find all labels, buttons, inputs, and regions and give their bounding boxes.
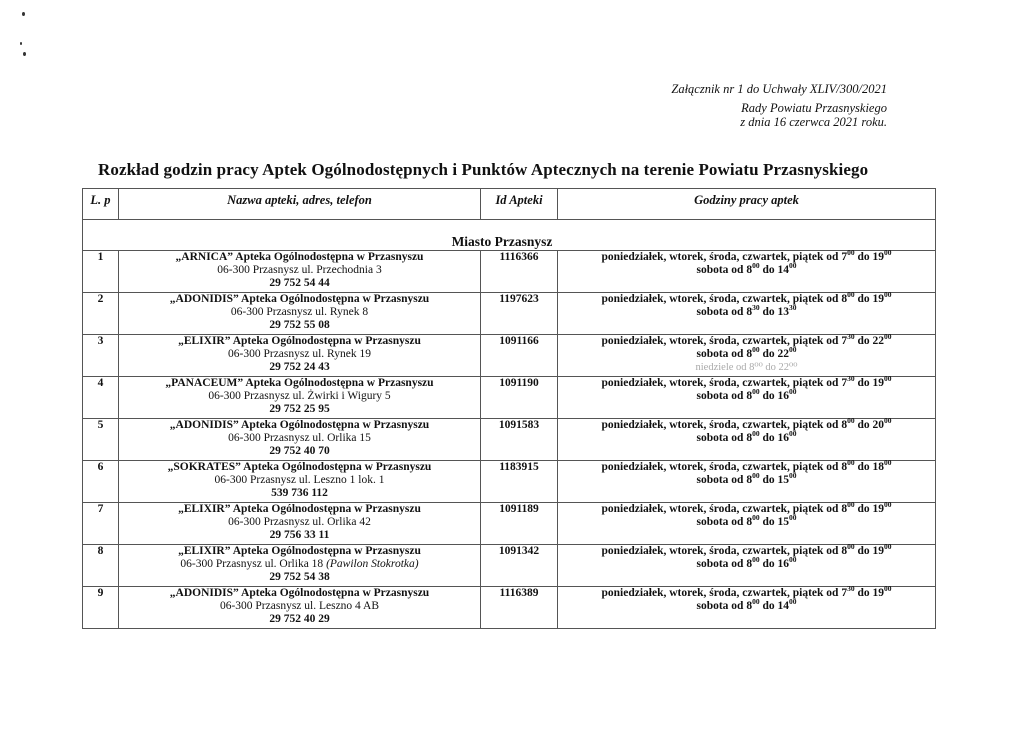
- address-text: 06-300 Przasnysz ul. Rynek 19: [228, 348, 371, 360]
- pharmacy-info: „ADONIDIS” Apteka Ogólnodostępna w Przas…: [119, 293, 481, 335]
- weekdays-to-minute: 00: [884, 458, 892, 467]
- saturday-to-hour: 13: [778, 306, 790, 318]
- connector: do: [760, 558, 778, 570]
- pharmacy-phone: 29 752 54 44: [119, 277, 480, 290]
- saturday-label: sobota od: [696, 348, 746, 360]
- opening-hours: poniedziałek, wtorek, środa, czwartek, p…: [558, 503, 936, 545]
- address-text: 06-300 Przasnysz ul. Orlika 18: [180, 558, 326, 570]
- weekday-hours: poniedziałek, wtorek, środa, czwartek, p…: [558, 503, 935, 516]
- weekdays-to-hour: 19: [872, 377, 884, 389]
- pharmacy-id: 1091583: [481, 419, 558, 461]
- weekday-hours: poniedziałek, wtorek, środa, czwartek, p…: [558, 419, 935, 432]
- sunday-hours: niedziele od 8⁰⁰ do 22⁰⁰: [558, 361, 935, 374]
- saturday-hours: sobota od 830 do 1330: [558, 306, 935, 319]
- pharmacy-address: 06-300 Przasnysz ul. Orlika 18 (Pawilon …: [119, 558, 480, 571]
- pharmacy-id: 1116389: [481, 587, 558, 629]
- saturday-hours: sobota od 800 do 1500: [558, 474, 935, 487]
- annex-line-3: z dnia 16 czerwca 2021 roku.: [671, 115, 887, 129]
- saturday-from-minute: 00: [752, 429, 760, 438]
- table-row: 5 „ADONIDIS” Apteka Ogólnodostępna w Prz…: [83, 419, 936, 461]
- weekdays-label: poniedziałek, wtorek, środa, czwartek, p…: [602, 251, 842, 263]
- saturday-hours: sobota od 800 do 2200: [558, 348, 935, 361]
- weekdays-from-minute: 30: [847, 584, 855, 593]
- weekdays-label: poniedziałek, wtorek, środa, czwartek, p…: [602, 503, 842, 515]
- row-number: 7: [83, 503, 119, 545]
- saturday-from-minute: 00: [752, 345, 760, 354]
- weekdays-from-minute: 00: [847, 416, 855, 425]
- saturday-label: sobota od: [696, 390, 746, 402]
- pharmacy-phone: 29 752 24 43: [119, 361, 480, 374]
- saturday-hours: sobota od 800 do 1400: [558, 600, 935, 613]
- weekdays-label: poniedziałek, wtorek, środa, czwartek, p…: [602, 545, 842, 557]
- pharmacy-name: „ELIXIR” Apteka Ogólnodostępna w Przasny…: [119, 545, 480, 558]
- weekdays-from-minute: 00: [847, 500, 855, 509]
- pharmacy-address: 06-300 Przasnysz ul. Żwirki i Wigury 5: [119, 390, 480, 403]
- weekday-hours: poniedziałek, wtorek, środa, czwartek, p…: [558, 587, 935, 600]
- saturday-to-minute: 30: [789, 303, 797, 312]
- table-header-row: L. p Nazwa apteki, adres, telefon Id Apt…: [83, 189, 936, 220]
- pharmacy-name: „SOKRATES” Apteka Ogólnodostępna w Przas…: [119, 461, 480, 474]
- section-label: Miasto Przasnysz: [452, 234, 553, 250]
- row-number: 4: [83, 377, 119, 419]
- table-row: 8 „ELIXIR” Apteka Ogólnodostępna w Przas…: [83, 545, 936, 587]
- header-hours: Godziny pracy aptek: [558, 189, 936, 220]
- pharmacy-id: 1183915: [481, 461, 558, 503]
- saturday-from-minute: 30: [752, 303, 760, 312]
- scan-artifacts: [18, 12, 30, 62]
- connector: do: [855, 503, 873, 515]
- pharmacy-address: 06-300 Przasnysz ul. Leszno 4 AB: [119, 600, 480, 613]
- weekday-hours: poniedziałek, wtorek, środa, czwartek, p…: [558, 335, 935, 348]
- connector: do: [855, 461, 873, 473]
- opening-hours: poniedziałek, wtorek, środa, czwartek, p…: [558, 461, 936, 503]
- pharmacy-phone: 29 752 25 95: [119, 403, 480, 416]
- header-lp: L. p: [83, 189, 119, 220]
- saturday-to-minute: 00: [789, 513, 797, 522]
- address-text: 06-300 Przasnysz ul. Rynek 8: [231, 306, 368, 318]
- pharmacy-hours-table: L. p Nazwa apteki, adres, telefon Id Apt…: [82, 188, 936, 629]
- address-note: (Pawilon Stokrotka): [326, 558, 419, 570]
- pharmacy-phone: 29 752 40 29: [119, 613, 480, 626]
- pharmacy-name: „ADONIDIS” Apteka Ogólnodostępna w Przas…: [119, 419, 480, 432]
- opening-hours: poniedziałek, wtorek, środa, czwartek, p…: [558, 251, 936, 293]
- saturday-label: sobota od: [696, 558, 746, 570]
- document-title: Rozkład godzin pracy Aptek Ogólnodostępn…: [98, 160, 868, 180]
- weekdays-to-hour: 19: [872, 251, 884, 263]
- table-row: 4 „PANACEUM” Apteka Ogólnodostępna w Prz…: [83, 377, 936, 419]
- table-row: 9 „ADONIDIS” Apteka Ogólnodostępna w Prz…: [83, 587, 936, 629]
- pharmacy-info: „ELIXIR” Apteka Ogólnodostępna w Przasny…: [119, 335, 481, 377]
- row-number: 3: [83, 335, 119, 377]
- section-title: Miasto Przasnysz: [83, 220, 936, 251]
- address-text: 06-300 Przasnysz ul. Leszno 1 lok. 1: [215, 474, 385, 486]
- weekdays-to-hour: 19: [872, 293, 884, 305]
- opening-hours: poniedziałek, wtorek, środa, czwartek, p…: [558, 377, 936, 419]
- weekdays-to-hour: 18: [872, 461, 884, 473]
- pharmacy-address: 06-300 Przasnysz ul. Przechodnia 3: [119, 264, 480, 277]
- pharmacy-id: 1091189: [481, 503, 558, 545]
- saturday-to-minute: 00: [789, 429, 797, 438]
- pharmacy-id: 1116366: [481, 251, 558, 293]
- pharmacy-info: „ADONIDIS” Apteka Ogólnodostępna w Przas…: [119, 419, 481, 461]
- weekdays-to-hour: 19: [872, 587, 884, 599]
- weekdays-from-minute: 30: [847, 374, 855, 383]
- connector: do: [855, 545, 873, 557]
- saturday-to-minute: 00: [789, 555, 797, 564]
- saturday-to-minute: 00: [789, 597, 797, 606]
- pharmacy-name: „ELIXIR” Apteka Ogólnodostępna w Przasny…: [119, 503, 480, 516]
- pharmacy-info: „ARNICA” Apteka Ogólnodostępna w Przasny…: [119, 251, 481, 293]
- connector: do: [760, 600, 778, 612]
- pharmacy-name: „ADONIDIS” Apteka Ogólnodostępna w Przas…: [119, 293, 480, 306]
- weekdays-to-hour: 20: [872, 419, 884, 431]
- annex-line-2: Rady Powiatu Przasnyskiego: [671, 101, 887, 115]
- saturday-hours: sobota od 800 do 1500: [558, 516, 935, 529]
- weekdays-from-minute: 00: [847, 458, 855, 467]
- pharmacy-phone: 29 756 33 11: [119, 529, 480, 542]
- saturday-label: sobota od: [696, 306, 746, 318]
- header-id: Id Apteki: [481, 189, 558, 220]
- connector: do: [760, 306, 778, 318]
- pharmacy-phone: 29 752 55 08: [119, 319, 480, 332]
- saturday-label: sobota od: [696, 516, 746, 528]
- saturday-to-minute: 00: [789, 471, 797, 480]
- saturday-to-minute: 00: [789, 345, 797, 354]
- pharmacy-info: „ADONIDIS” Apteka Ogólnodostępna w Przas…: [119, 587, 481, 629]
- pharmacy-address: 06-300 Przasnysz ul. Leszno 1 lok. 1: [119, 474, 480, 487]
- table-row: 7 „ELIXIR” Apteka Ogólnodostępna w Przas…: [83, 503, 936, 545]
- address-text: 06-300 Przasnysz ul. Leszno 4 AB: [220, 600, 379, 612]
- connector: do: [855, 251, 873, 263]
- opening-hours: poniedziałek, wtorek, środa, czwartek, p…: [558, 335, 936, 377]
- saturday-to-hour: 22: [778, 348, 790, 360]
- weekdays-to-hour: 19: [872, 503, 884, 515]
- connector: do: [760, 264, 778, 276]
- pharmacy-info: „ELIXIR” Apteka Ogólnodostępna w Przasny…: [119, 545, 481, 587]
- weekdays-label: poniedziałek, wtorek, środa, czwartek, p…: [602, 377, 842, 389]
- weekdays-label: poniedziałek, wtorek, środa, czwartek, p…: [602, 293, 842, 305]
- pharmacy-id: 1197623: [481, 293, 558, 335]
- weekdays-to-hour: 19: [872, 545, 884, 557]
- weekdays-to-minute: 00: [884, 248, 892, 257]
- weekdays-to-minute: 00: [884, 542, 892, 551]
- pharmacy-phone: 29 752 40 70: [119, 445, 480, 458]
- saturday-hours: sobota od 800 do 1400: [558, 264, 935, 277]
- saturday-from-minute: 00: [752, 471, 760, 480]
- pharmacy-id: 1091342: [481, 545, 558, 587]
- weekdays-to-minute: 00: [884, 290, 892, 299]
- weekdays-label: poniedziałek, wtorek, środa, czwartek, p…: [602, 419, 842, 431]
- section-row: Miasto Przasnysz: [83, 220, 936, 251]
- weekdays-label: poniedziałek, wtorek, środa, czwartek, p…: [602, 335, 842, 347]
- weekdays-to-minute: 00: [884, 374, 892, 383]
- address-text: 06-300 Przasnysz ul. Przechodnia 3: [217, 264, 381, 276]
- saturday-to-hour: 15: [778, 474, 790, 486]
- address-text: 06-300 Przasnysz ul. Orlika 42: [228, 516, 371, 528]
- weekdays-from-minute: 00: [847, 542, 855, 551]
- saturday-label: sobota od: [696, 474, 746, 486]
- pharmacy-address: 06-300 Przasnysz ul. Rynek 19: [119, 348, 480, 361]
- table-row: 2 „ADONIDIS” Apteka Ogólnodostępna w Prz…: [83, 293, 936, 335]
- annex-note: Załącznik nr 1 do Uchwały XLIV/300/2021 …: [671, 82, 887, 129]
- saturday-from-minute: 00: [752, 555, 760, 564]
- pharmacy-phone: 539 736 112: [119, 487, 480, 500]
- opening-hours: poniedziałek, wtorek, środa, czwartek, p…: [558, 419, 936, 461]
- pharmacy-name: „ELIXIR” Apteka Ogólnodostępna w Przasny…: [119, 335, 480, 348]
- weekday-hours: poniedziałek, wtorek, środa, czwartek, p…: [558, 251, 935, 264]
- connector: do: [855, 587, 873, 599]
- weekday-hours: poniedziałek, wtorek, środa, czwartek, p…: [558, 461, 935, 474]
- opening-hours: poniedziałek, wtorek, środa, czwartek, p…: [558, 587, 936, 629]
- pharmacy-name: „ARNICA” Apteka Ogólnodostępna w Przasny…: [119, 251, 480, 264]
- saturday-to-minute: 00: [789, 261, 797, 270]
- pharmacy-info: „PANACEUM” Apteka Ogólnodostępna w Przas…: [119, 377, 481, 419]
- saturday-to-minute: 00: [789, 387, 797, 396]
- connector: do: [855, 377, 873, 389]
- row-number: 6: [83, 461, 119, 503]
- row-number: 2: [83, 293, 119, 335]
- saturday-to-hour: 16: [778, 432, 790, 444]
- weekdays-to-minute: 00: [884, 584, 892, 593]
- pharmacy-address: 06-300 Przasnysz ul. Orlika 42: [119, 516, 480, 529]
- weekdays-from-minute: 30: [847, 332, 855, 341]
- saturday-from-minute: 00: [752, 261, 760, 270]
- pharmacy-info: „ELIXIR” Apteka Ogólnodostępna w Przasny…: [119, 503, 481, 545]
- saturday-label: sobota od: [696, 432, 746, 444]
- pharmacy-phone: 29 752 54 38: [119, 571, 480, 584]
- connector: do: [760, 348, 778, 360]
- pharmacy-id: 1091166: [481, 335, 558, 377]
- row-number: 5: [83, 419, 119, 461]
- table-row: 3 „ELIXIR” Apteka Ogólnodostępna w Przas…: [83, 335, 936, 377]
- saturday-to-hour: 14: [778, 264, 790, 276]
- connector: do: [760, 390, 778, 402]
- saturday-from-minute: 00: [752, 387, 760, 396]
- saturday-from-minute: 00: [752, 597, 760, 606]
- saturday-to-hour: 16: [778, 558, 790, 570]
- connector: do: [760, 474, 778, 486]
- saturday-label: sobota od: [696, 600, 746, 612]
- address-text: 06-300 Przasnysz ul. Żwirki i Wigury 5: [208, 390, 390, 402]
- pharmacy-address: 06-300 Przasnysz ul. Orlika 15: [119, 432, 480, 445]
- weekday-hours: poniedziałek, wtorek, środa, czwartek, p…: [558, 545, 935, 558]
- weekday-hours: poniedziałek, wtorek, środa, czwartek, p…: [558, 377, 935, 390]
- header-name: Nazwa apteki, adres, telefon: [119, 189, 481, 220]
- saturday-to-hour: 16: [778, 390, 790, 402]
- connector: do: [855, 293, 873, 305]
- weekdays-to-minute: 00: [884, 500, 892, 509]
- pharmacy-name: „ADONIDIS” Apteka Ogólnodostępna w Przas…: [119, 587, 480, 600]
- row-number: 1: [83, 251, 119, 293]
- weekdays-from-minute: 00: [847, 248, 855, 257]
- table-row: 1 „ARNICA” Apteka Ogólnodostępna w Przas…: [83, 251, 936, 293]
- weekdays-from-minute: 00: [847, 290, 855, 299]
- pharmacy-info: „SOKRATES” Apteka Ogólnodostępna w Przas…: [119, 461, 481, 503]
- weekdays-to-hour: 22: [872, 335, 884, 347]
- saturday-to-hour: 14: [778, 600, 790, 612]
- opening-hours: poniedziałek, wtorek, środa, czwartek, p…: [558, 293, 936, 335]
- weekdays-label: poniedziałek, wtorek, środa, czwartek, p…: [602, 461, 842, 473]
- weekdays-to-minute: 00: [884, 416, 892, 425]
- connector: do: [760, 516, 778, 528]
- saturday-label: sobota od: [696, 264, 746, 276]
- annex-line-1: Załącznik nr 1 do Uchwały XLIV/300/2021: [671, 82, 887, 96]
- opening-hours: poniedziałek, wtorek, środa, czwartek, p…: [558, 545, 936, 587]
- pharmacy-name: „PANACEUM” Apteka Ogólnodostępna w Przas…: [119, 377, 480, 390]
- address-text: 06-300 Przasnysz ul. Orlika 15: [228, 432, 371, 444]
- connector: do: [760, 432, 778, 444]
- weekdays-to-minute: 00: [884, 332, 892, 341]
- weekdays-label: poniedziałek, wtorek, środa, czwartek, p…: [602, 587, 842, 599]
- saturday-hours: sobota od 800 do 1600: [558, 432, 935, 445]
- saturday-hours: sobota od 800 do 1600: [558, 558, 935, 571]
- row-number: 9: [83, 587, 119, 629]
- row-number: 8: [83, 545, 119, 587]
- weekday-hours: poniedziałek, wtorek, środa, czwartek, p…: [558, 293, 935, 306]
- connector: do: [855, 419, 873, 431]
- saturday-to-hour: 15: [778, 516, 790, 528]
- pharmacy-address: 06-300 Przasnysz ul. Rynek 8: [119, 306, 480, 319]
- connector: do: [855, 335, 873, 347]
- pharmacy-id: 1091190: [481, 377, 558, 419]
- saturday-hours: sobota od 800 do 1600: [558, 390, 935, 403]
- table-row: 6 „SOKRATES” Apteka Ogólnodostępna w Prz…: [83, 461, 936, 503]
- saturday-from-minute: 00: [752, 513, 760, 522]
